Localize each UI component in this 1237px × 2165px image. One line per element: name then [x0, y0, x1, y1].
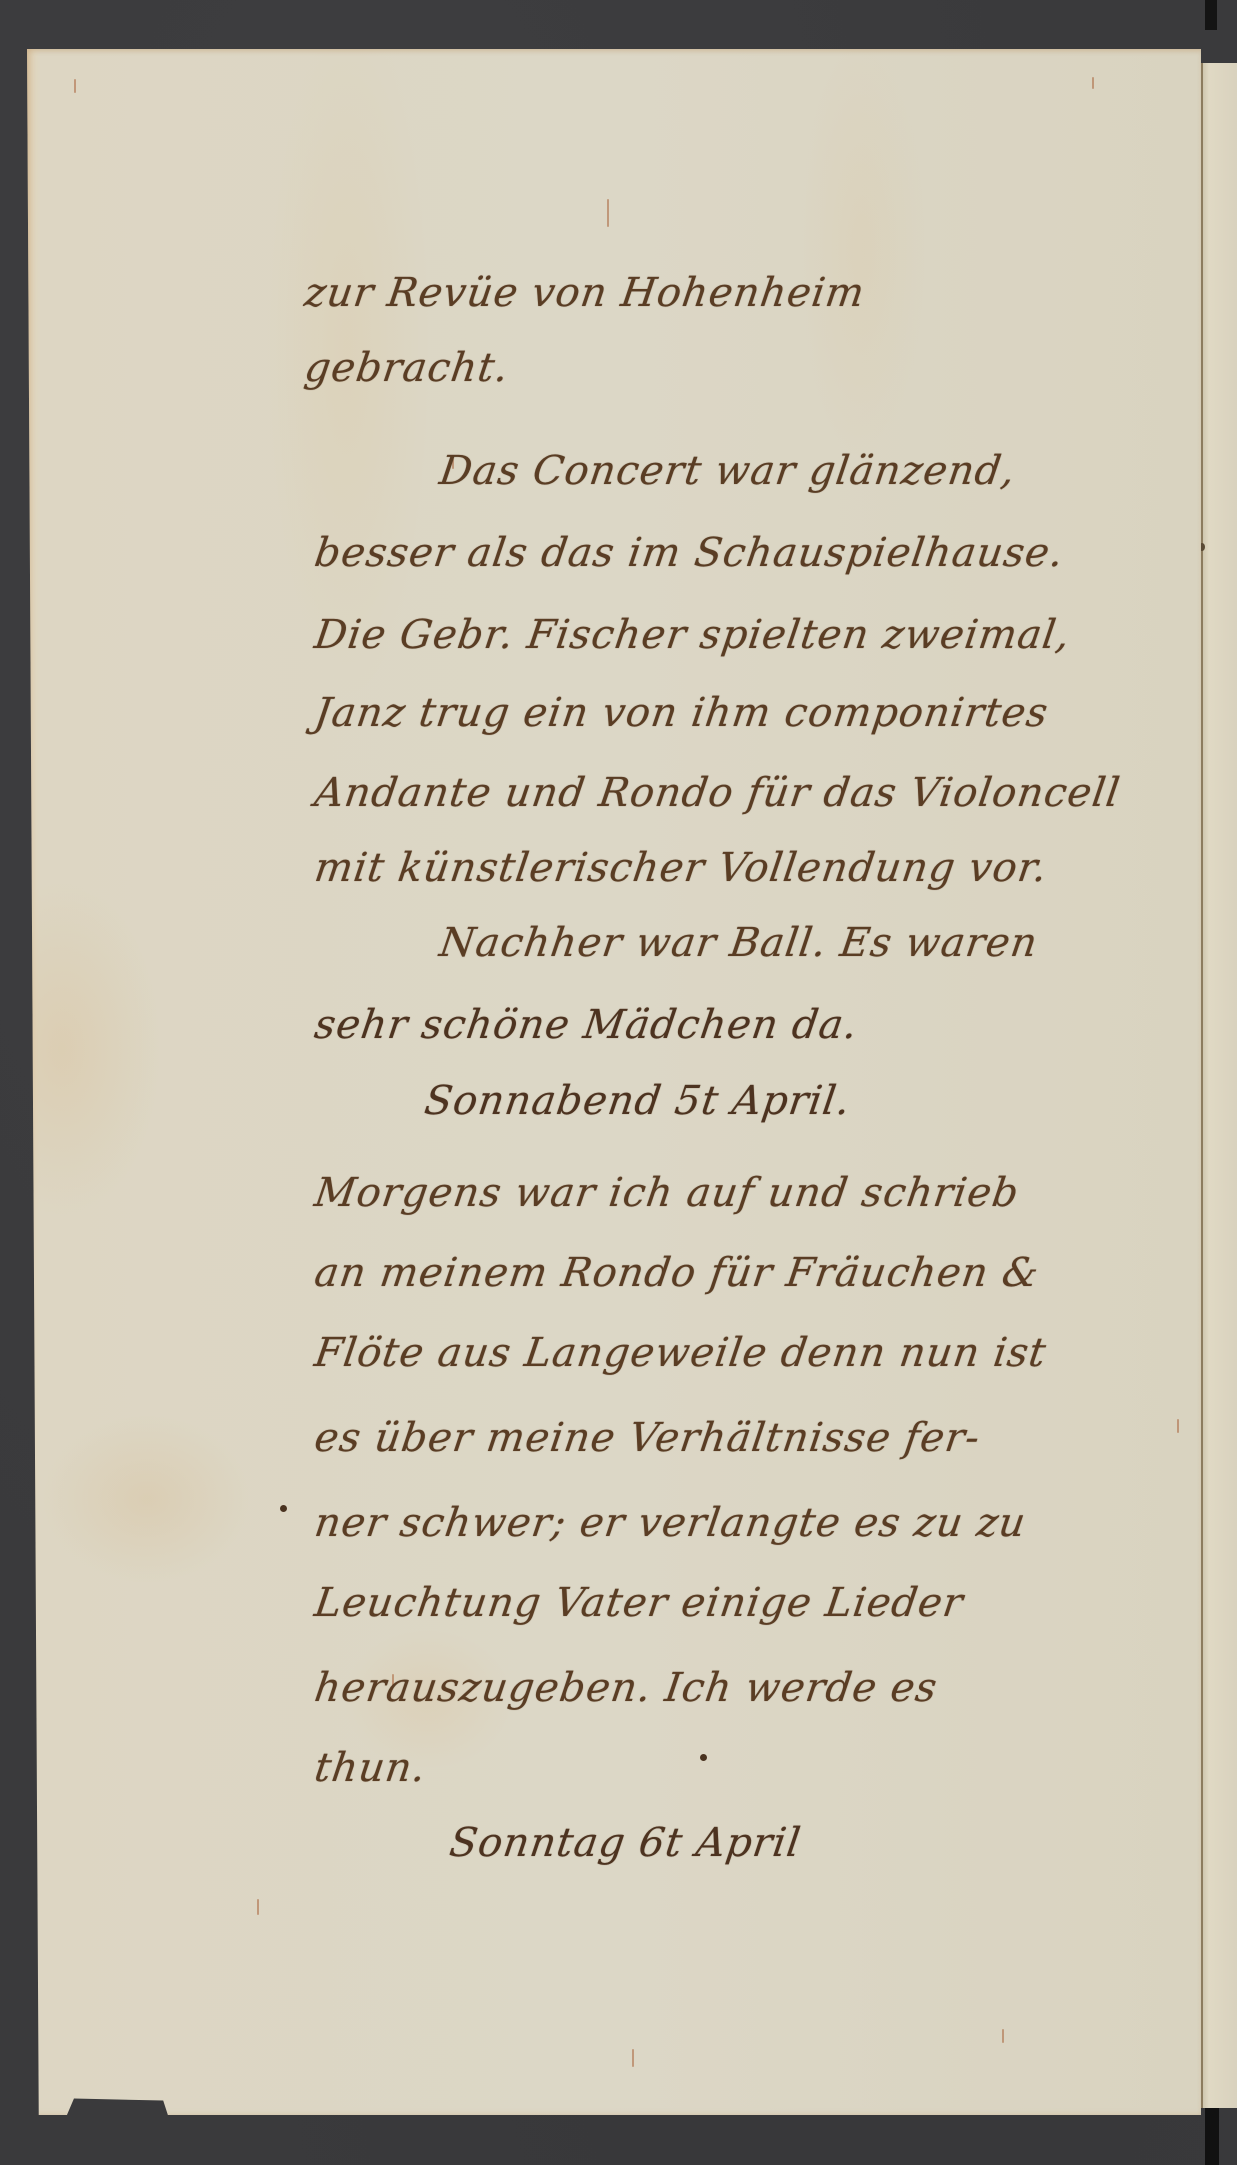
paper-fiber: [1177, 1419, 1179, 1433]
manuscript-line-2: gebracht.: [302, 345, 512, 391]
manuscript-line-16: ner schwer; er verlangte es zu zu: [312, 1500, 1029, 1546]
manuscript-line-6: Janz trug ein von ihm componirtes: [312, 690, 1052, 736]
manuscript-line-5: Die Gebr. Fischer spielten zweimal,: [312, 612, 1074, 658]
manuscript-line-7: Andante und Rondo für das Violoncell: [312, 770, 1123, 816]
manuscript-line-18: herauszugeben. Ich werde es: [312, 1665, 941, 1711]
paper-fiber: [74, 79, 76, 93]
manuscript-line-4: besser als das im Schauspielhause.: [312, 530, 1067, 576]
manuscript-line-9: Nachher war Ball. Es waren: [437, 920, 1041, 966]
binding-strip-bottom: [1205, 2108, 1219, 2165]
manuscript-line-14: Flöte aus Langeweile denn nun ist: [312, 1330, 1050, 1376]
ink-blot: [280, 1505, 287, 1512]
manuscript-line-1: zur Revüe von Hohenheim: [302, 270, 868, 316]
date-heading-sunday: Sonntag 6t April: [447, 1820, 804, 1866]
manuscript-line-19: thun.: [312, 1745, 430, 1791]
manuscript-line-12: Morgens war ich auf und schrieb: [312, 1170, 1022, 1216]
manuscript-line-13: an meinem Rondo für Fräuchen &: [312, 1250, 1042, 1296]
paper-fiber: [1092, 77, 1094, 89]
manuscript-line-8: mit künstlerischer Vollendung vor.: [312, 845, 1051, 891]
binding-strip-top: [1205, 0, 1217, 30]
manuscript-line-15: es über meine Verhältnisse fer-: [312, 1415, 983, 1461]
manuscript-line-17: Leuchtung Vater einige Lieder: [312, 1580, 967, 1626]
paper-fiber: [632, 2049, 634, 2067]
date-heading-saturday: Sonnabend 5t April.: [422, 1078, 854, 1124]
paper-fiber: [257, 1899, 259, 1915]
ink-blot: [700, 1754, 707, 1761]
manuscript-line-10: sehr schöne Mädchen da.: [312, 1002, 861, 1048]
paper-fiber: [607, 199, 609, 227]
paper-fiber: [1002, 2029, 1004, 2043]
adjacent-page-edge: [1201, 63, 1237, 2108]
manuscript-line-3: Das Concert war glänzend,: [437, 448, 1019, 494]
